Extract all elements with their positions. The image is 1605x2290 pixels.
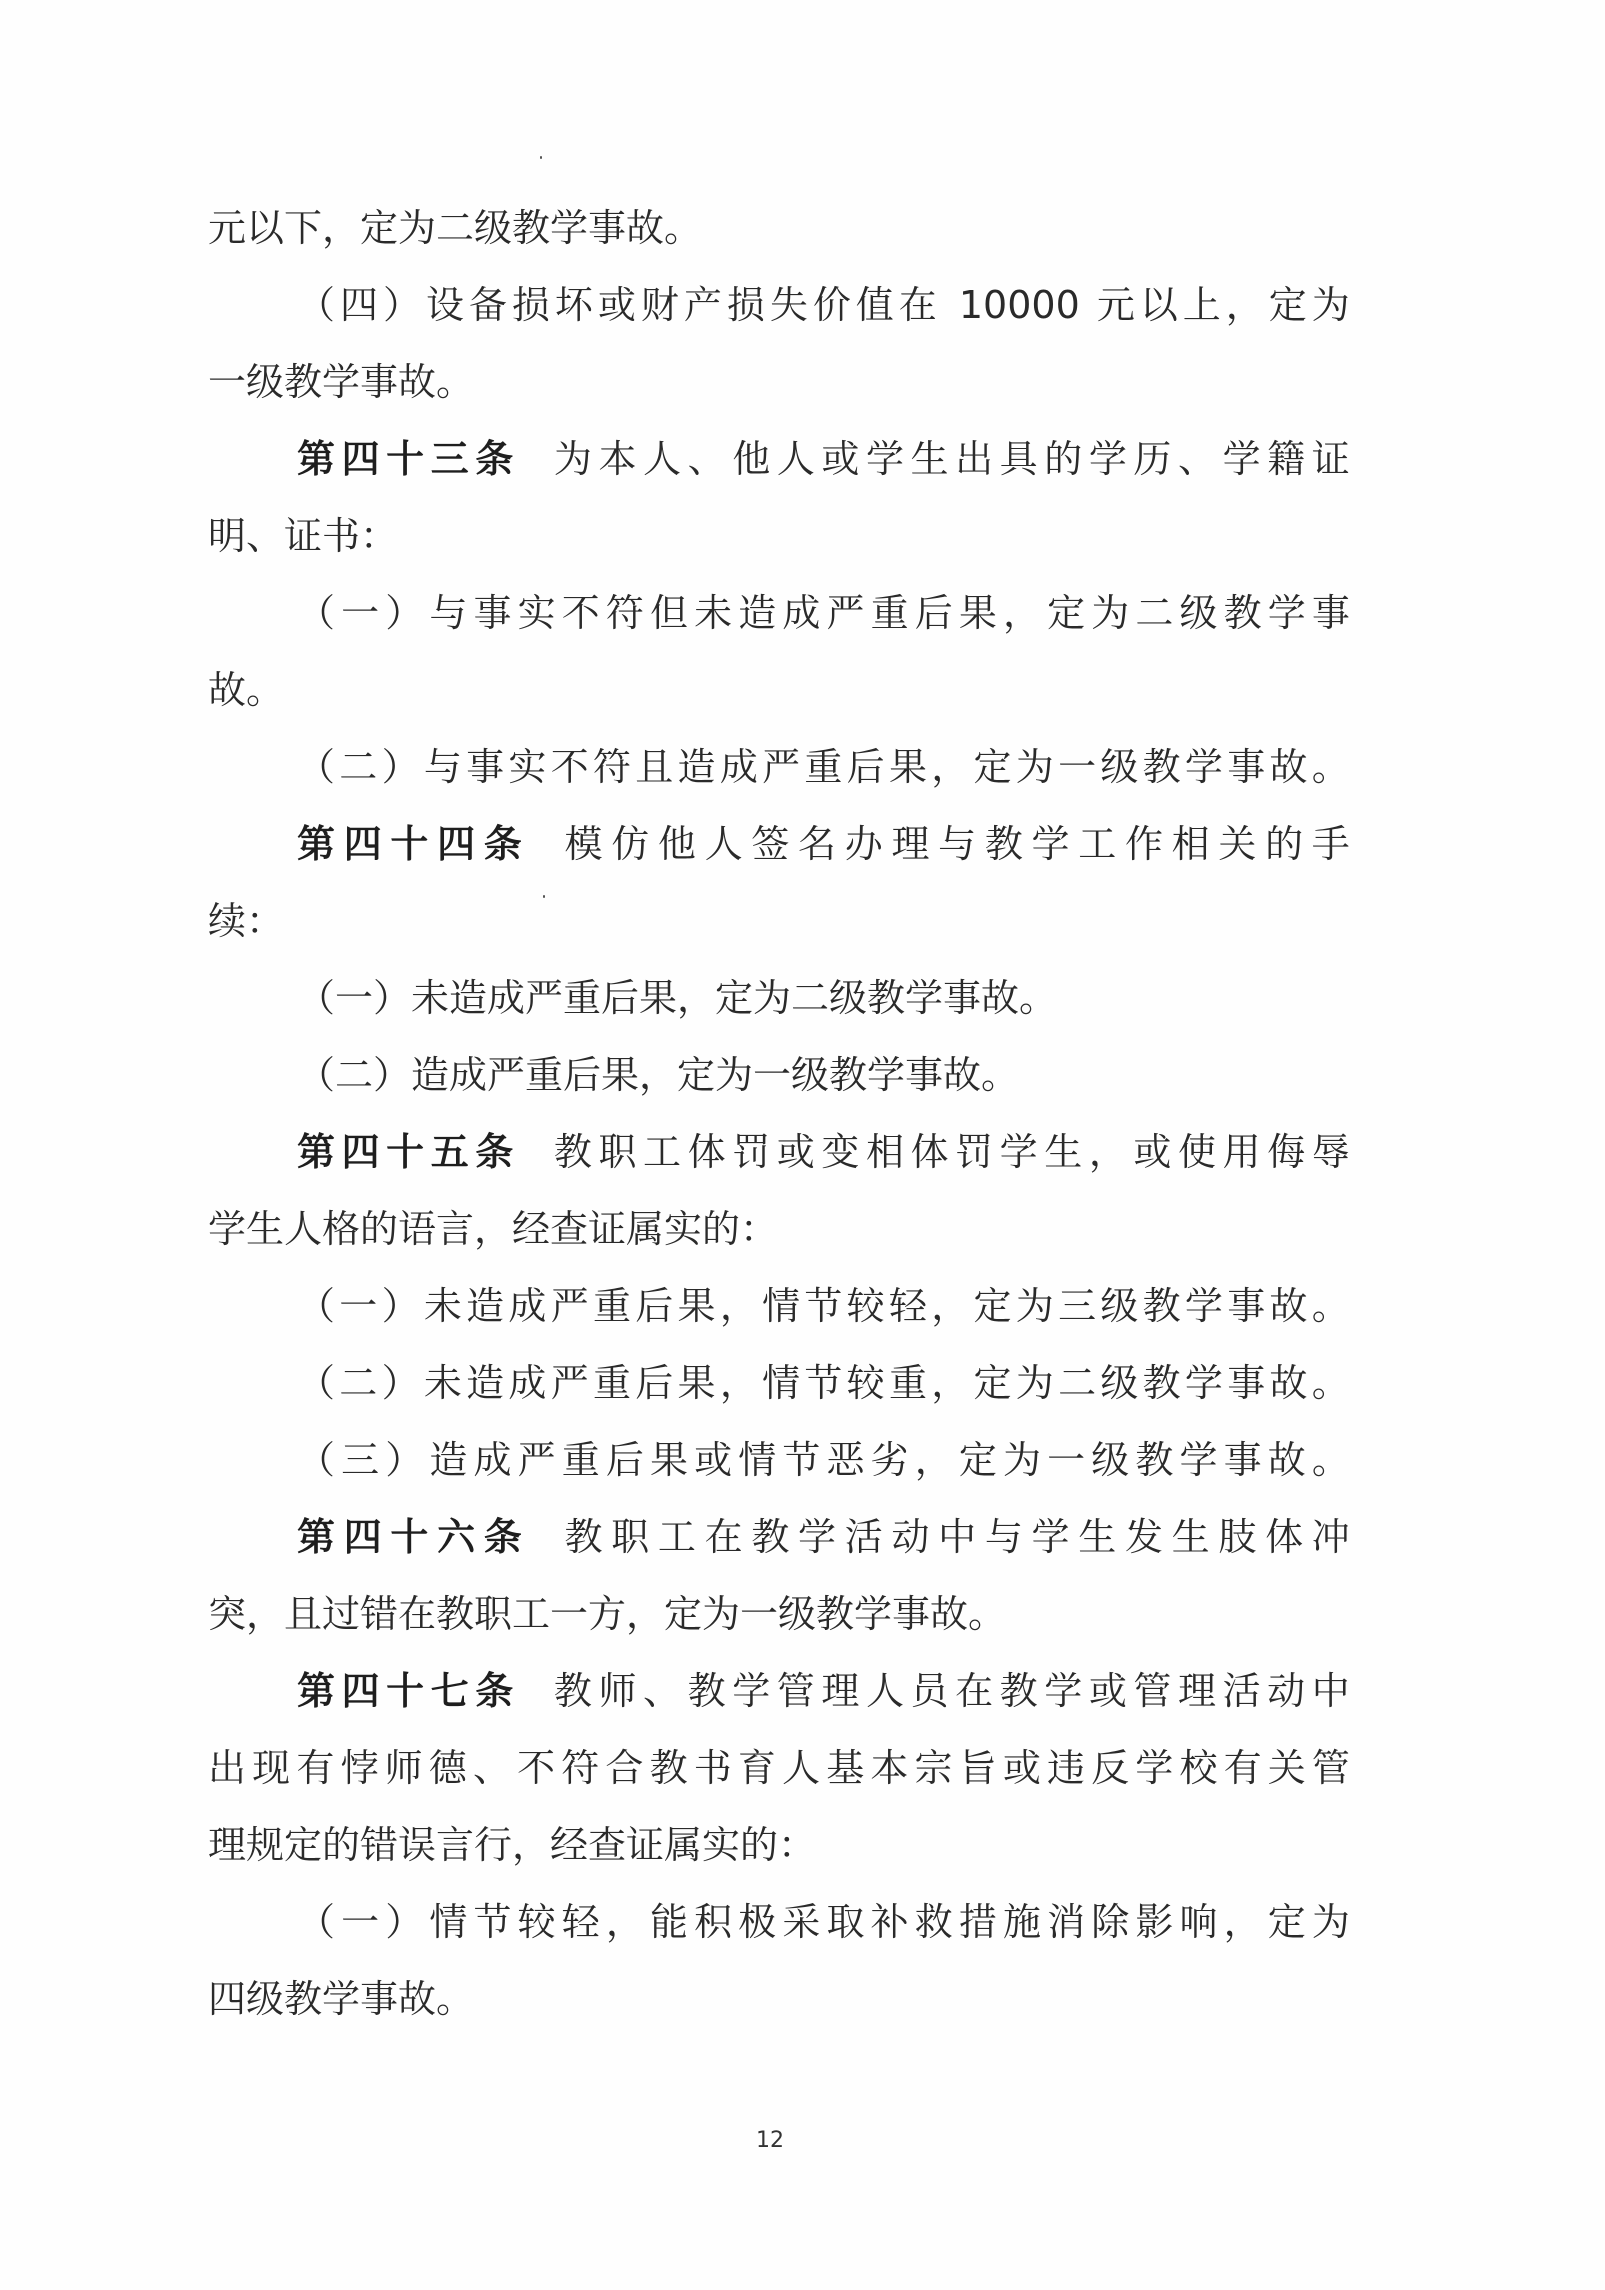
paragraph-line: 学生人格的语言，经查证属实的： [208,1199,1350,1259]
page-number: 12 [740,2128,800,2153]
line-text: 出​现​有​悖​师​德​、​不​符​合​教​书​育​人​基​本​宗​旨​或​违​… [208,1746,1350,1790]
line-text: （​三​）​造​成​严​重​后​果​或​情​节​恶​劣​，​定​为​一​级​教​… [297,1438,1350,1482]
line-text: 明、证书： [208,514,398,558]
paragraph-line: （​一​）​未​造​成​严​重​后​果​，​情​节​较​轻​，​定​为​三​级​… [297,1276,1350,1336]
paragraph-line: 故。 [208,660,1350,720]
line-text: （​二​）​与​事​实​不​符​且​造​成​严​重​后​果​，​定​为​一​级​… [297,745,1350,789]
line-text: 教​师​、​教​学​管​理​人​员​在​教​学​或​管​理​活​动​中 [554,1669,1350,1713]
paragraph-line: （​二​）​未​造​成​严​重​后​果​，​情​节​较​重​，​定​为​二​级​… [297,1353,1350,1413]
article-47-line: 第四十七条教​师​、​教​学​管​理​人​员​在​教​学​或​管​理​活​动​中 [297,1661,1350,1721]
paragraph-line: （​四​）​设​备​损​坏​或​财​产​损​失​价​值​在​ ​1​0​0​0​… [297,275,1350,335]
article-46-line: 第四十六条教​职​工​在​教​学​活​动​中​与​学​生​发​生​肢​体​冲 [297,1507,1350,1567]
line-text: 教​职​工​在​教​学​活​动​中​与​学​生​发​生​肢​体​冲 [565,1515,1350,1559]
line-text: 教​职​工​体​罚​或​变​相​体​罚​学​生​，​或​使​用​侮​辱 [554,1130,1350,1174]
paragraph-line: 出​现​有​悖​师​德​、​不​符​合​教​书​育​人​基​本​宗​旨​或​违​… [208,1738,1350,1798]
article-heading: 第四十三条 [297,437,520,481]
line-text: 四级教学事故。 [208,1977,474,2021]
line-text: 突，且过错在教职工一方，定为一级教学事故。 [208,1592,1006,1636]
paragraph-line: （​三​）​造​成​严​重​后​果​或​情​节​恶​劣​，​定​为​一​级​教​… [297,1430,1350,1490]
paragraph-line: 元以下，定为二级教学事故。 [208,198,1350,258]
paragraph-line: 突，且过错在教职工一方，定为一级教学事故。 [208,1584,1350,1644]
article-heading: 第四十六条 [297,1515,531,1559]
article-heading: 第四十五条 [297,1130,520,1174]
document-page: 元以下，定为二级教学事故。 （​四​）​设​备​损​坏​或​财​产​损​失​价​… [0,0,1605,2290]
line-text: 模​仿​他​人​签​名​办​理​与​教​学​工​作​相​关​的​手 [565,822,1350,866]
line-text: （​一​）​未​造​成​严​重​后​果​，​情​节​较​轻​，​定​为​三​级​… [297,1284,1350,1328]
paragraph-line: （一）未造成严重后果，定为二级教学事故。 [297,968,1350,1028]
line-text: 理规定的错误言行，经查证属实的： [208,1823,816,1867]
paragraph-line: （​二​）​与​事​实​不​符​且​造​成​严​重​后​果​，​定​为​一​级​… [297,737,1350,797]
article-45-line: 第四十五条教​职​工​体​罚​或​变​相​体​罚​学​生​，​或​使​用​侮​辱 [297,1122,1350,1182]
article-heading: 第四十四条 [297,822,531,866]
line-text: （​二​）​未​造​成​严​重​后​果​，​情​节​较​重​，​定​为​二​级​… [297,1361,1350,1405]
line-text: 学生人格的语言，经查证属实的： [208,1207,778,1251]
paragraph-line: （二）造成严重后果，定为一级教学事故。 [297,1045,1350,1105]
line-text: 故。 [208,668,284,712]
paragraph-line: 一级教学事故。 [208,352,1350,412]
line-text: （二）造成严重后果，定为一级教学事故。 [297,1053,1019,1097]
line-text: （​一​）​与​事​实​不​符​但​未​造​成​严​重​后​果​，​定​为​二​… [297,591,1350,635]
paragraph-line: 理规定的错误言行，经查证属实的： [208,1815,1350,1875]
paragraph-line: 续： [208,891,1350,951]
line-text: （一）未造成严重后果，定为二级教学事故。 [297,976,1057,1020]
line-text: 一级教学事故。 [208,360,474,404]
paragraph-line: 明、证书： [208,506,1350,566]
line-text: （​四​）​设​备​损​坏​或​财​产​损​失​价​值​在​ ​1​0​0​0​… [297,283,1350,327]
line-text: 为​本​人​、​他​人​或​学​生​出​具​的​学​历​、​学​籍​证 [554,437,1350,481]
article-44-line: 第四十四条模​仿​他​人​签​名​办​理​与​教​学​工​作​相​关​的​手 [297,814,1350,874]
paragraph-line: 四级教学事故。 [208,1969,1350,2029]
scan-speck [540,156,542,159]
line-text: 续： [208,899,284,943]
article-43-line: 第四十三条为​本​人​、​他​人​或​学​生​出​具​的​学​历​、​学​籍​证 [297,429,1350,489]
article-heading: 第四十七条 [297,1669,520,1713]
line-text: 元以下，定为二级教学事故。 [208,206,702,250]
line-text: （​一​）​情​节​较​轻​，​能​积​极​采​取​补​救​措​施​消​除​影​… [297,1900,1350,1944]
paragraph-line: （​一​）​与​事​实​不​符​但​未​造​成​严​重​后​果​，​定​为​二​… [297,583,1350,643]
paragraph-line: （​一​）​情​节​较​轻​，​能​积​极​采​取​补​救​措​施​消​除​影​… [297,1892,1350,1952]
